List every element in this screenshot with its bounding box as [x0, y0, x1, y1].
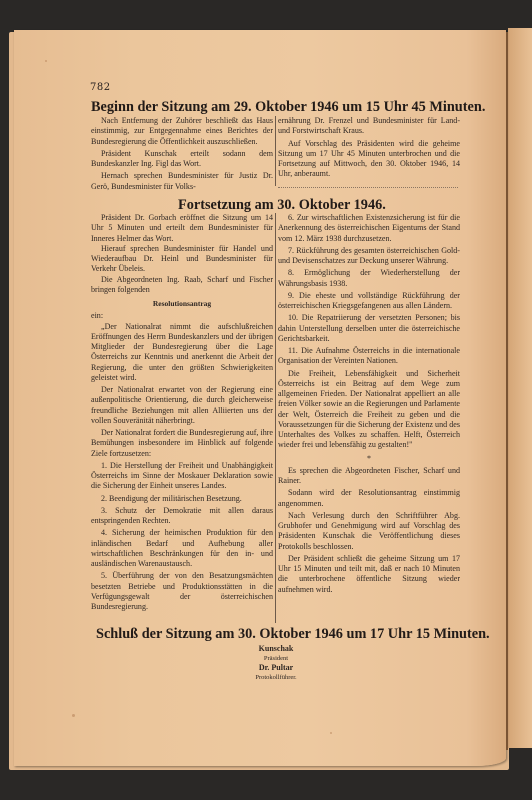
heading-session-begin: Beginn der Sitzung am 29. Oktober 1946 u…	[91, 99, 485, 116]
paragraph: Präsident Kunschak erteilt sodann dem Bu…	[91, 149, 273, 170]
section2-column-right: 6. Zur wirtschaftlichen Existenzsicherun…	[278, 213, 460, 595]
paragraph: Die Freiheit, Lebensfähigkeit und Sicher…	[278, 369, 460, 451]
paper-stain	[330, 732, 332, 734]
signatory-name: Dr. Pultar	[236, 663, 316, 673]
paragraph: Der Präsident schließt die geheime Sitzu…	[278, 554, 460, 595]
paragraph: Nach Entfernung der Zuhörer beschließt d…	[91, 116, 273, 147]
paragraph: Auf Vorschlag des Präsidenten wird die g…	[278, 139, 460, 180]
paragraph: Der Nationalrat fordert die Bundesregier…	[91, 428, 273, 459]
paragraph: Sodann wird der Resolutionsantrag einsti…	[278, 488, 460, 509]
facing-page	[508, 28, 532, 748]
signatory-role: Protokollführer.	[236, 673, 316, 682]
heading-session-end: Schluß der Sitzung am 30. Oktober 1946 u…	[96, 626, 490, 643]
section-rule	[278, 187, 458, 188]
list-item: 9. Die eheste und vollständige Rückführu…	[278, 291, 460, 312]
list-item: 5. Überführung der von den Besatzungsmäc…	[91, 571, 273, 612]
separator-asterisk: *	[278, 454, 460, 464]
signature-block: Kunschak Präsident Dr. Pultar Protokollf…	[236, 644, 316, 682]
paragraph: Die Abgeordneten Ing. Raab, Scharf und F…	[91, 275, 273, 296]
resolution-subheading: Resolutionsantrag	[91, 299, 273, 309]
paragraph: Präsident Dr. Gorbach eröffnet die Sitzu…	[91, 213, 273, 244]
paper-stain	[72, 714, 75, 717]
section1-column-left: Nach Entfernung der Zuhörer beschließt d…	[91, 116, 273, 192]
paragraph: Der Nationalrat erwartet von der Regieru…	[91, 385, 273, 426]
list-item: 7. Rückführung des gesamten österreichis…	[278, 246, 460, 267]
paragraph: ernährung Dr. Frenzel und Bundesminister…	[278, 116, 460, 137]
paragraph: „Der Nationalrat nimmt die aufschlußreic…	[91, 322, 273, 384]
list-item: 6. Zur wirtschaftlichen Existenzsicherun…	[278, 213, 460, 244]
book-spine	[506, 32, 508, 750]
page-number: 782	[90, 82, 111, 93]
paragraph: ein:	[91, 311, 273, 321]
signatory-role: Präsident	[236, 654, 316, 663]
list-item: 8. Ermöglichung der Wiederherstellung de…	[278, 268, 460, 289]
paragraph: Nach Verlesung durch den Schriftführer A…	[278, 511, 460, 552]
list-item: 3. Schutz der Demokratie mit allen darau…	[91, 506, 273, 527]
list-item: 11. Die Aufnahme Österreichs in die inte…	[278, 346, 460, 367]
heading-continuation: Fortsetzung am 30. Oktober 1946.	[178, 197, 386, 214]
list-item: 1. Die Herstellung der Freiheit und Unab…	[91, 461, 273, 492]
signatory-name: Kunschak	[236, 644, 316, 654]
list-item: 10. Die Repatriierung der versetzten Per…	[278, 313, 460, 344]
paper-stain	[45, 60, 47, 62]
column-divider	[275, 116, 276, 186]
list-item: 2. Beendigung der militärischen Besetzun…	[91, 494, 273, 504]
paragraph: Es sprechen die Abgeordneten Fischer, Sc…	[278, 466, 460, 487]
list-item: 4. Sicherung der heimischen Produktion f…	[91, 528, 273, 569]
paragraph: Hernach sprechen Bundesminister für Just…	[91, 171, 273, 192]
section2-column-left: Präsident Dr. Gorbach eröffnet die Sitzu…	[91, 213, 273, 612]
paragraph: Hierauf sprechen Bundesminister für Hand…	[91, 244, 273, 275]
section1-column-right: ernährung Dr. Frenzel und Bundesminister…	[278, 116, 460, 180]
column-divider	[275, 213, 276, 623]
